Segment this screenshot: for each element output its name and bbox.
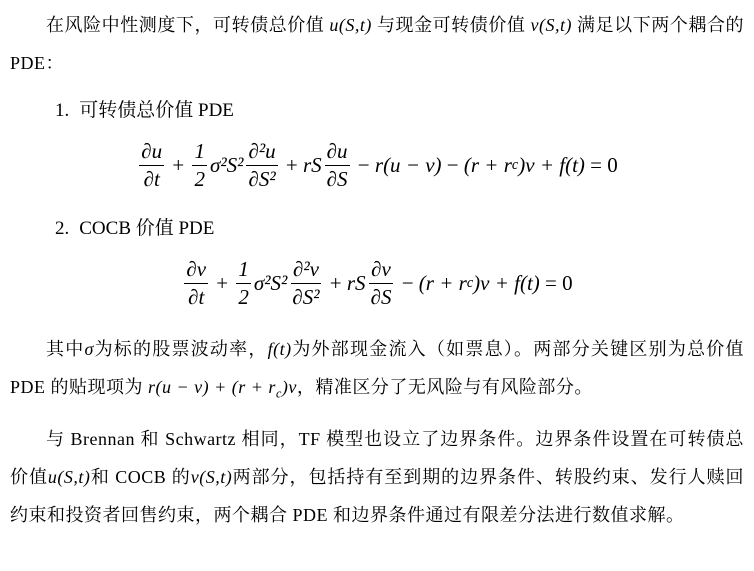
fraction-numerator: ∂²v: [291, 257, 321, 283]
fraction-denominator: ∂S: [325, 166, 350, 191]
operator: −: [442, 153, 464, 178]
list-number-1: 1.: [55, 100, 69, 121]
fraction-numerator: ∂v: [184, 257, 208, 283]
operator: −: [353, 153, 375, 178]
math-segment: )v + f(t): [518, 153, 585, 178]
math-segment: r(u − v) + (r + r: [148, 377, 276, 397]
math-segment: σ²S²: [254, 271, 287, 296]
fraction-denominator: ∂t: [142, 166, 162, 191]
math-segment: r(u − v): [375, 153, 442, 178]
fraction: ∂u∂t: [139, 139, 164, 190]
fraction-denominator: 2: [192, 166, 207, 191]
fraction-denominator: ∂S²: [246, 166, 277, 191]
operator: = 0: [540, 271, 573, 296]
operator: = 0: [585, 153, 618, 178]
fraction: ∂v∂S: [369, 257, 394, 308]
fraction: ∂²v∂S²: [290, 257, 321, 308]
fraction-numerator: ∂u: [325, 139, 350, 165]
fraction: ∂v∂t: [184, 257, 208, 308]
list-item-1: 1.可转债总价值 PDE: [55, 92, 744, 130]
math-segment: v(S,t): [191, 467, 232, 487]
fraction: 12: [192, 139, 207, 190]
fraction-numerator: ∂²u: [246, 139, 277, 165]
list-item-2: 2.COCB 价值 PDE: [55, 210, 744, 248]
math-segment: v(S,t): [531, 15, 572, 35]
fraction-denominator: 2: [236, 284, 251, 309]
math-segment: )v + f(t): [473, 271, 540, 296]
math-segment: f(t): [268, 339, 292, 359]
math-segment: (r + r: [464, 153, 512, 178]
text-segment: 为标的股票波动率，: [94, 339, 268, 359]
operator: +: [325, 271, 347, 296]
text-segment: ，精准区分了无风险与有风险部分。: [297, 377, 593, 397]
math-segment: σ: [84, 339, 93, 359]
math-segment: u(S,t): [48, 467, 91, 487]
text-segment: 和 COCB 的: [90, 467, 190, 487]
fraction-denominator: ∂t: [186, 284, 206, 309]
list-text-1: 可转债总价值 PDE: [79, 100, 234, 121]
math-segment: )v: [282, 377, 297, 397]
text-segment: 其中: [46, 339, 84, 359]
fraction-numerator: ∂u: [139, 139, 164, 165]
operator: +: [167, 153, 189, 178]
fraction: ∂²u∂S²: [246, 139, 277, 190]
paragraph-intro: 在风险中性测度下，可转债总价值 u(S,t) 与现金可转债价值 v(S,t) 满…: [10, 6, 744, 82]
operator: +: [281, 153, 303, 178]
paragraph-explanation: 其中σ为标的股票波动率，f(t)为外部现金流入（如票息）。两部分关键区别为总价值…: [10, 330, 744, 406]
fraction: 12: [236, 257, 251, 308]
document-page: 在风险中性测度下，可转债总价值 u(S,t) 与现金可转债价值 v(S,t) 满…: [0, 0, 754, 571]
operator: −: [396, 271, 418, 296]
fraction-denominator: ∂S²: [290, 284, 321, 309]
fraction-denominator: ∂S: [369, 284, 394, 309]
list-number-2: 2.: [55, 218, 69, 239]
text-segment: 与现金可转债价值: [372, 15, 531, 35]
list-text-2: COCB 价值 PDE: [79, 218, 214, 239]
operator: +: [211, 271, 233, 296]
fraction: ∂u∂S: [325, 139, 350, 190]
math-segment: rS: [347, 271, 366, 296]
math-segment: σ²S²: [210, 153, 243, 178]
math-segment: u(S,t): [329, 15, 372, 35]
text-segment: 在风险中性测度下，可转债总价值: [46, 15, 329, 35]
formula-total-value-pde: ∂u∂t + 12σ²S²∂²u∂S² + rS∂u∂S − r(u − v) …: [10, 130, 744, 200]
formula-cocb-pde: ∂v∂t + 12σ²S²∂²v∂S² + rS∂v∂S − (r + rc)v…: [10, 248, 744, 318]
paragraph-boundary-conditions: 与 Brennan 和 Schwartz 相同，TF 模型也设立了边界条件。边界…: [10, 420, 744, 534]
fraction-numerator: ∂v: [369, 257, 393, 283]
fraction-numerator: 1: [236, 257, 251, 283]
math-segment: (r + r: [419, 271, 467, 296]
math-segment: rS: [303, 153, 322, 178]
fraction-numerator: 1: [192, 139, 207, 165]
